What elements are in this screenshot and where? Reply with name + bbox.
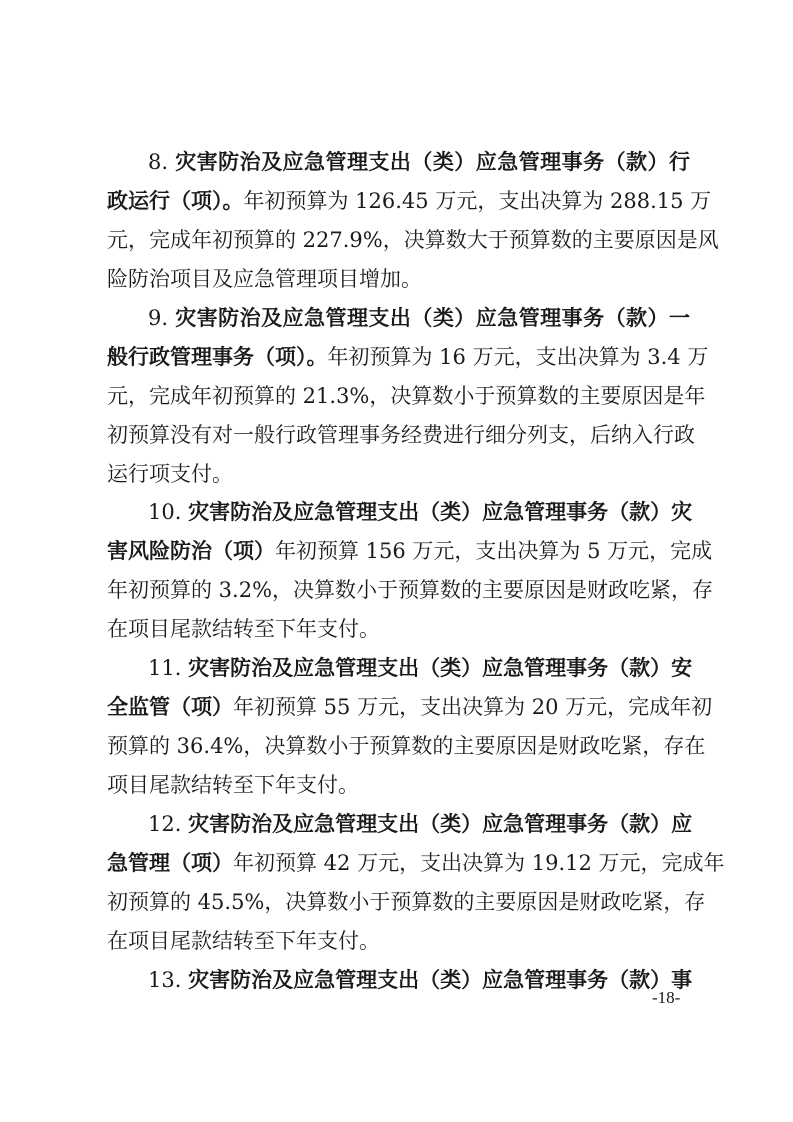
paragraph-line: 8. 灾害防治及应急管理支出（类）应急管理事务（款）行: [148, 143, 690, 182]
paragraph-line: 害风险防治（项）年初预算 156 万元，支出决算为 5 万元，完成: [107, 532, 690, 571]
item-number: 13.: [148, 968, 181, 992]
body-text: 项目尾款结转至下年支付。: [107, 773, 359, 797]
body-text: 年初预算 42 万元，支出决算为 19.12 万元，完成年: [233, 851, 725, 875]
item-heading: 灾害防治及应急管理支出（类）应急管理事务（款）一: [175, 306, 690, 330]
item-heading: 灾害防治及应急管理支出（类）应急管理事务（款）事: [188, 968, 692, 992]
item-heading: 急管理（项）: [107, 851, 233, 875]
paragraph-line: 在项目尾款结转至下年支付。: [107, 922, 690, 961]
paragraph-line: 全监管（项）年初预算 55 万元，支出决算为 20 万元，完成年初: [107, 688, 690, 727]
paragraph-line: 在项目尾款结转至下年支付。: [107, 610, 690, 649]
paragraph-line: 运行项支付。: [107, 455, 690, 494]
item-number: 8.: [148, 150, 168, 174]
item-number: 9.: [148, 306, 168, 330]
paragraph-line: 12. 灾害防治及应急管理支出（类）应急管理事务（款）应: [148, 805, 690, 844]
paragraph-line: 元，完成年初预算的 21.3%，决算数小于预算数的主要原因是年: [107, 377, 690, 416]
paragraph-line: 般行政管理事务（项）。年初预算为 16 万元，支出决算为 3.4 万: [107, 338, 690, 377]
body-text: 年初预算为 16 万元，支出决算为 3.4 万: [328, 345, 709, 369]
body-text: 初预算的 45.5%，决算数小于预算数的主要原因是财政吃紧，存: [107, 890, 705, 914]
body-text: 在项目尾款结转至下年支付。: [107, 617, 380, 641]
item-heading: 政运行（项）。: [107, 189, 244, 213]
body-text: 年初预算的 3.2%，决算数小于预算数的主要原因是财政吃紧，存: [107, 578, 713, 602]
item-heading: 般行政管理事务（项）。: [107, 345, 328, 369]
item-heading: 灾害防治及应急管理支出（类）应急管理事务（款）行: [175, 150, 690, 174]
body-text: 年初预算 156 万元，支出决算为 5 万元，完成: [275, 539, 712, 563]
page-number: -18-: [652, 986, 680, 1010]
paragraph-line: 政运行（项）。年初预算为 126.45 万元，支出决算为 288.15 万: [107, 182, 690, 221]
paragraph-line: 年初预算的 3.2%，决算数小于预算数的主要原因是财政吃紧，存: [107, 571, 690, 610]
document-page: 8. 灾害防治及应急管理支出（类）应急管理事务（款）行 政运行（项）。年初预算为…: [0, 0, 793, 1122]
paragraph-line: 初预算没有对一般行政管理事务经费进行细分列支，后纳入行政: [107, 416, 690, 455]
paragraph-line: 险防治项目及应急管理项目增加。: [107, 260, 690, 299]
paragraph-line: 9. 灾害防治及应急管理支出（类）应急管理事务（款）一: [148, 299, 690, 338]
item-number: 12.: [148, 812, 181, 836]
item-heading: 全监管（项）: [107, 695, 233, 719]
body-text: 险防治项目及应急管理项目增加。: [107, 267, 422, 291]
body-text: 预算的 36.4%，决算数小于预算数的主要原因是财政吃紧，存在: [107, 734, 705, 758]
body-text: 运行项支付。: [107, 462, 233, 486]
body-text: 初预算没有对一般行政管理事务经费进行细分列支，后纳入行政: [107, 423, 695, 447]
paragraph-line: 元，完成年初预算的 227.9%，决算数大于预算数的主要原因是风: [107, 221, 690, 260]
paragraph-line: 急管理（项）年初预算 42 万元，支出决算为 19.12 万元，完成年: [107, 844, 690, 883]
paragraph-line: 11. 灾害防治及应急管理支出（类）应急管理事务（款）安: [148, 649, 690, 688]
item-heading: 灾害防治及应急管理支出（类）应急管理事务（款）安: [188, 656, 692, 680]
item-heading: 灾害防治及应急管理支出（类）应急管理事务（款）灾: [188, 500, 692, 524]
item-number: 11.: [148, 656, 181, 680]
paragraph-line: 13. 灾害防治及应急管理支出（类）应急管理事务（款）事: [148, 961, 690, 1000]
body-text: 元，完成年初预算的 21.3%，决算数小于预算数的主要原因是年: [107, 384, 705, 408]
paragraph-line: 预算的 36.4%，决算数小于预算数的主要原因是财政吃紧，存在: [107, 727, 690, 766]
body-text: 元，完成年初预算的 227.9%，决算数大于预算数的主要原因是风: [107, 228, 719, 252]
body-text: 在项目尾款结转至下年支付。: [107, 929, 380, 953]
body-text: 年初预算为 126.45 万元，支出决算为 288.15 万: [244, 189, 712, 213]
paragraph-line: 项目尾款结转至下年支付。: [107, 766, 690, 805]
body-text: 年初预算 55 万元，支出决算为 20 万元，完成年初: [233, 695, 712, 719]
paragraph-line: 10. 灾害防治及应急管理支出（类）应急管理事务（款）灾: [148, 493, 690, 532]
item-heading: 灾害防治及应急管理支出（类）应急管理事务（款）应: [188, 812, 692, 836]
item-number: 10.: [148, 500, 181, 524]
paragraph-line: 初预算的 45.5%，决算数小于预算数的主要原因是财政吃紧，存: [107, 883, 690, 922]
item-heading: 害风险防治（项）: [107, 539, 275, 563]
